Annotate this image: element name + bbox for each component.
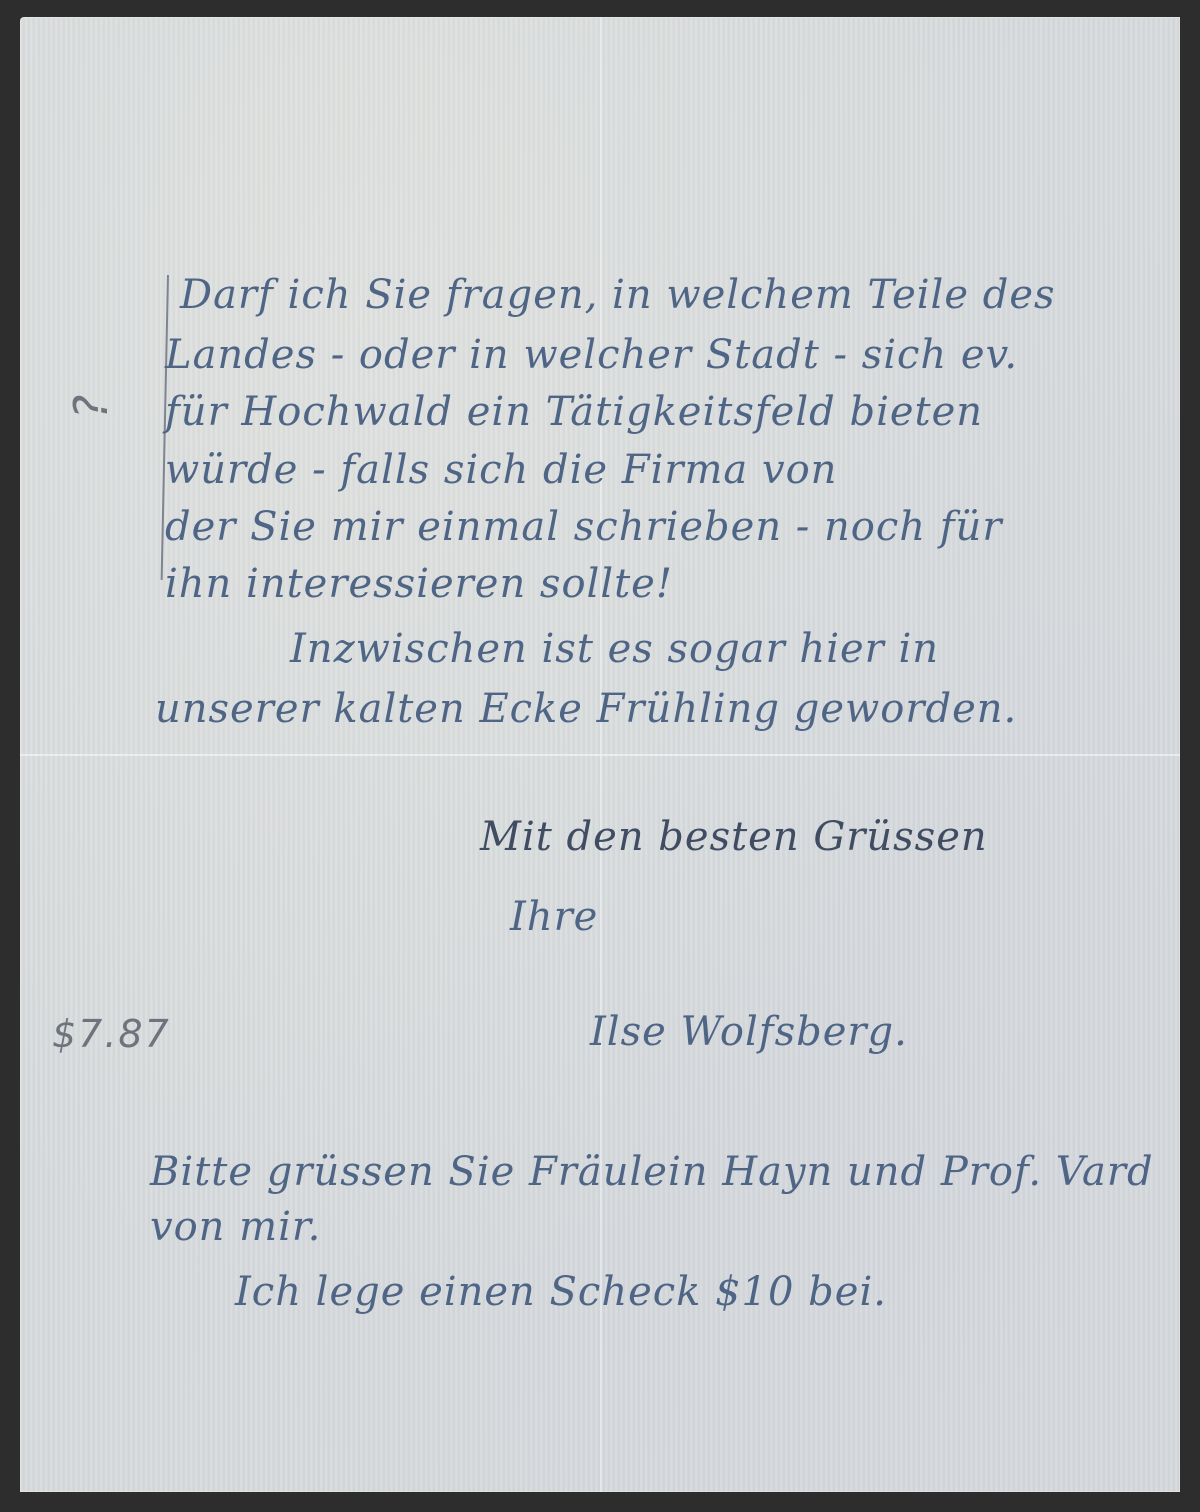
pencil-price-note: $7.87 [52, 1012, 171, 1056]
letter-line: Landes - oder in welcher Stadt - sich ev… [165, 335, 1018, 375]
postscript-line: von mir. [150, 1207, 321, 1247]
letter-line: würde - falls sich die Firma von [165, 450, 837, 490]
letter-line: ihn interessieren sollte! [165, 564, 673, 604]
letter-line: unserer kalten Ecke Frühling geworden. [155, 689, 1017, 729]
letter-line: der Sie mir einmal schrieben - noch für [165, 507, 1002, 547]
postscript-line: Ich lege einen Scheck $10 bei. [235, 1272, 887, 1312]
closing-greeting: Mit den besten Grüssen [480, 817, 988, 857]
closing-valediction: Ihre [510, 897, 598, 937]
pencil-question-mark: ? [64, 393, 118, 419]
signature: Ilse Wolfsberg. [590, 1012, 908, 1052]
letter-line: Inzwischen ist es sogar hier in [290, 629, 939, 669]
postscript-line: Bitte grüssen Sie Fräulein Hayn und Prof… [150, 1152, 1154, 1192]
letter-page: ? $7.87 Darf ich Sie fragen, in welchem … [20, 17, 1180, 1492]
letter-line: für Hochwald ein Tätigkeitsfeld bieten [165, 392, 983, 432]
letter-line: Darf ich Sie fragen, in welchem Teile de… [180, 275, 1056, 315]
